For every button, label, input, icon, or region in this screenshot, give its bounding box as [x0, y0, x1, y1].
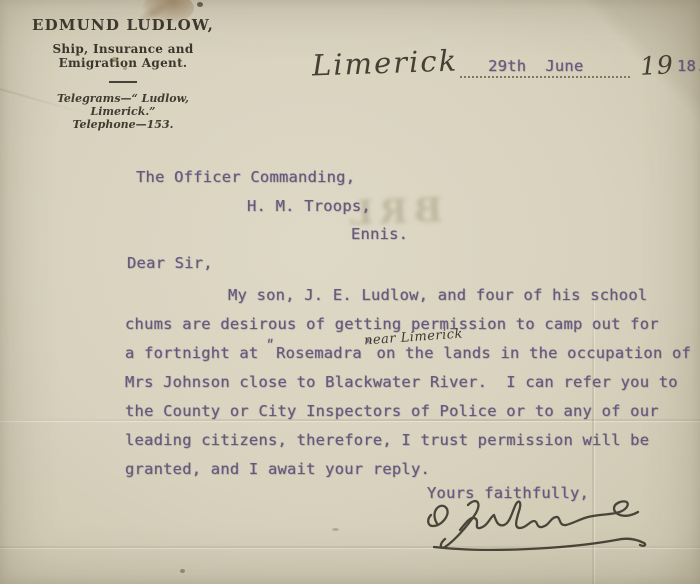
- salutation: Dear Sir,: [127, 254, 213, 272]
- letterhead-name: EDMUND LUDLOW,: [24, 16, 222, 34]
- recipient-line: H. M. Troops,: [247, 197, 371, 215]
- body-line: leading citizens, therefore, I trust per…: [125, 426, 695, 455]
- handwritten-signature: [414, 495, 654, 557]
- body-line: the County or City Inspectors of Police …: [125, 397, 695, 426]
- body-line: My son, J. E. Ludlow, and four of his sc…: [125, 281, 695, 310]
- dateline: Limerick 29th June 19 18.: [312, 38, 700, 78]
- recipient-line: Ennis.: [351, 225, 408, 243]
- letterhead-subtitle: Ship, Insurance and: [24, 42, 222, 56]
- letter-document: BRL EDMUND LUDLOW, Ship, Insurance and E…: [0, 0, 700, 584]
- body-line3-place: Rosemadra: [276, 344, 362, 362]
- dateline-year-printed: 19: [640, 52, 675, 79]
- letterhead-divider: [109, 81, 137, 83]
- dateline-date-typed: 29th June: [488, 57, 583, 75]
- body-line: granted, and I await your reply.: [125, 455, 695, 484]
- letter-body: My son, J. E. Ludlow, and four of his sc…: [125, 281, 695, 484]
- body-line3-pre: a fortnight at: [125, 344, 258, 362]
- dateline-dotted-rule: 29th June: [460, 46, 630, 78]
- paper-speck: [180, 569, 185, 573]
- recipient-line: The Officer Commanding,: [136, 168, 355, 186]
- dateline-place-script: Limerick: [312, 46, 459, 80]
- letterhead-telegrams: Telegrams—“ Ludlow, Limerick.”: [24, 92, 222, 118]
- body-line: Mrs Johnson close to Blackwater River. I…: [125, 368, 695, 397]
- paper-speck: [332, 528, 339, 531]
- dateline-year-typed: 18.: [677, 57, 700, 78]
- paper-speck: [197, 2, 203, 7]
- letterhead-subtitle: Emigration Agent.: [24, 56, 222, 70]
- letterhead-telephone: Telephone—153.: [24, 118, 222, 131]
- insertion-anchor: "near Limerick: [362, 339, 377, 369]
- body-line: a fortnight at"Rosemadra"near Limerickon…: [125, 339, 695, 368]
- letterhead: EDMUND LUDLOW, Ship, Insurance and Emigr…: [24, 16, 222, 131]
